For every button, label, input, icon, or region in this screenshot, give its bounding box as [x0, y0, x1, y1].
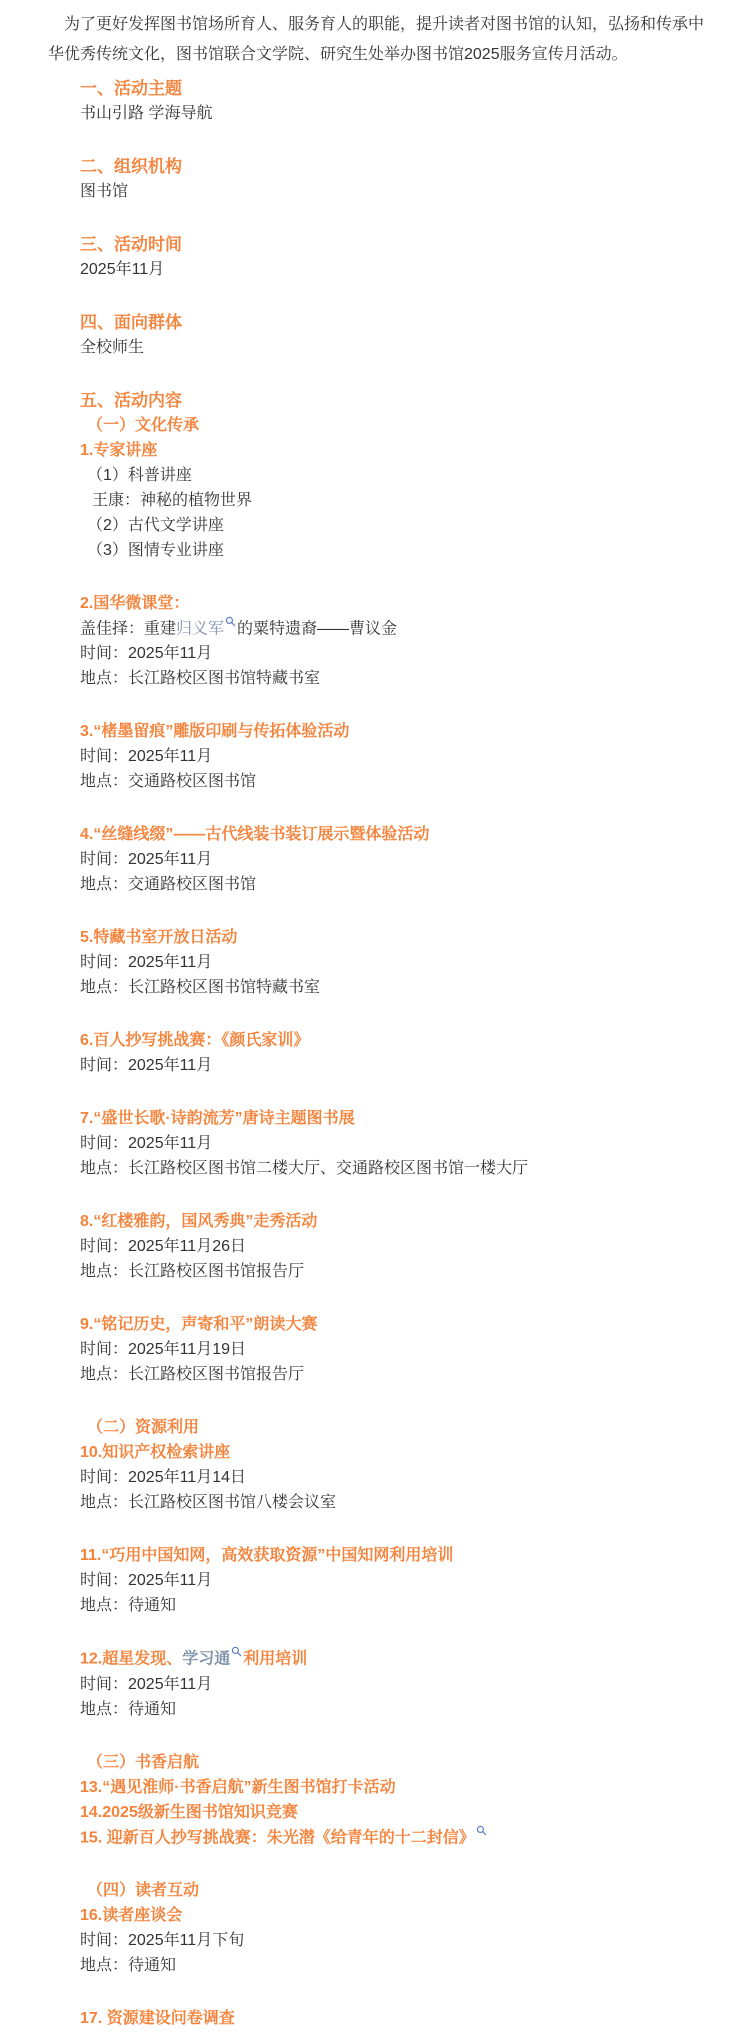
text-line: 时间：2025年11月 — [80, 950, 715, 975]
item-title: 2.国华微课堂： — [80, 591, 715, 616]
item-title: 7.“盛世长歌·诗韵流芳”唐诗主题图书展 — [80, 1106, 715, 1131]
subsection-heading: （一）文化传承 — [80, 413, 715, 438]
item-title: 11.“巧用中国知网，高效获取资源”中国知网利用培训 — [80, 1543, 715, 1568]
text-line: 2025年11月 — [80, 257, 715, 282]
item-title: 15. 迎新百人抄写挑战赛：朱光潜《给青年的十二封信》 — [80, 1825, 715, 1850]
item-title: 14.2025级新生图书馆知识竞赛 — [80, 1800, 715, 1825]
intro-paragraph: 为了更好发挥图书馆场所育人、服务育人的职能，提升读者对图书馆的认知，弘扬和传承中… — [48, 10, 707, 70]
text-line: 时间：2025年11月下旬 — [80, 1928, 715, 1953]
activity-group: （三）书香启航13.“遇见淮师·书香启航”新生图书馆打卡活动14.2025级新生… — [80, 1750, 715, 1850]
activity-group: 7.“盛世长歌·诗韵流芳”唐诗主题图书展时间：2025年11月地点：长江路校区图… — [80, 1106, 715, 1181]
subsection-heading: （四）读者互动 — [80, 1878, 715, 1903]
section-heading: 四、面向群体 — [80, 310, 715, 335]
text-line: 地点：长江路校区图书馆八楼会议室 — [80, 1490, 715, 1515]
text-line: 时间：2025年11月 — [80, 1568, 715, 1593]
text-line: 地点：长江路校区图书馆特藏书室 — [80, 666, 715, 691]
text-line: 盖佳择：重建归义军的粟特遗裔——曹议金 — [80, 616, 715, 641]
text-line: 书山引路 学海导航 — [80, 101, 715, 126]
activity-group: 三、活动时间2025年11月 — [80, 232, 715, 282]
text-run: 盖佳择：重建 — [80, 620, 176, 637]
text-line: 时间：2025年11月 — [80, 641, 715, 666]
activity-group: 11.“巧用中国知网，高效获取资源”中国知网利用培训时间：2025年11月地点：… — [80, 1543, 715, 1618]
item-title: 4.“丝缝线缀”——古代线装书装订展示暨体验活动 — [80, 822, 715, 847]
text-line: 地点：长江路校区图书馆二楼大厅、交通路校区图书馆一楼大厅 — [80, 1156, 715, 1181]
text-line: 时间：2025年11月26日 — [80, 1234, 715, 1259]
activity-group: 一、活动主题书山引路 学海导航 — [80, 76, 715, 126]
sub-item-line: （3）图情专业讲座 — [80, 538, 715, 563]
text-line: 时间：2025年11月19日 — [80, 1337, 715, 1362]
subsection-heading: （二）资源利用 — [80, 1415, 715, 1440]
subsection-heading: （三）书香启航 — [80, 1750, 715, 1775]
text-run: 利用培训 — [243, 1651, 307, 1668]
activity-group: 9.“铭记历史，声寄和平”朗读大赛时间：2025年11月19日地点：长江路校区图… — [80, 1312, 715, 1387]
entity-link[interactable]: 学习通 — [182, 1651, 230, 1668]
text-line: 时间：2025年11月 — [80, 744, 715, 769]
content: 一、活动主题书山引路 学海导航二、组织机构图书馆三、活动时间2025年11月四、… — [80, 76, 715, 2031]
speaker-line: 王康：神秘的植物世界 — [80, 488, 715, 513]
item-title: 17. 资源建设问卷调查 — [80, 2006, 715, 2031]
text-line: 地点：长江路校区图书馆报告厅 — [80, 1362, 715, 1387]
text-line: 地点：交通路校区图书馆 — [80, 769, 715, 794]
text-line: 全校师生 — [80, 335, 715, 360]
activity-group: 2.国华微课堂：盖佳择：重建归义军的粟特遗裔——曹议金时间：2025年11月地点… — [80, 591, 715, 691]
article-document: 为了更好发挥图书馆场所育人、服务育人的职能，提升读者对图书馆的认知，弘扬和传承中… — [0, 0, 735, 2037]
text-line: 时间：2025年11月 — [80, 1053, 715, 1078]
section-heading: 一、活动主题 — [80, 76, 715, 101]
entity-link[interactable]: 归义军 — [176, 620, 224, 637]
search-sup-icon[interactable] — [225, 616, 236, 627]
text-run: 12.超星发现、 — [80, 1651, 182, 1668]
item-title: 12.超星发现、学习通利用培训 — [80, 1646, 715, 1671]
search-sup-icon[interactable] — [476, 1825, 487, 1836]
activity-group: 5.特藏书室开放日活动时间：2025年11月地点：长江路校区图书馆特藏书室 — [80, 925, 715, 1000]
activity-group: （二）资源利用10.知识产权检索讲座时间：2025年11月14日地点：长江路校区… — [80, 1415, 715, 1515]
activity-group: 6.百人抄写挑战赛：《颜氏家训》时间：2025年11月 — [80, 1028, 715, 1078]
text-line: 地点：待通知 — [80, 1953, 715, 1978]
item-title: 8.“红楼雅韵，国风秀典”走秀活动 — [80, 1209, 715, 1234]
text-run: 的粟特遗裔——曹议金 — [237, 620, 397, 637]
sub-item-line: （2）古代文学讲座 — [80, 513, 715, 538]
text-run: 15. 迎新百人抄写挑战赛：朱光潜《给青年的十二封信》 — [80, 1829, 475, 1846]
section-heading: 五、活动内容 — [80, 388, 715, 413]
item-title: 3.“楮墨留痕”雕版印刷与传拓体验活动 — [80, 719, 715, 744]
text-line: 地点：交通路校区图书馆 — [80, 872, 715, 897]
item-title: 5.特藏书室开放日活动 — [80, 925, 715, 950]
text-line: 时间：2025年11月 — [80, 1131, 715, 1156]
section-heading: 二、组织机构 — [80, 154, 715, 179]
item-title: 16.读者座谈会 — [80, 1903, 715, 1928]
text-line: 时间：2025年11月14日 — [80, 1465, 715, 1490]
text-line: 时间：2025年11月 — [80, 1672, 715, 1697]
item-title: 6.百人抄写挑战赛：《颜氏家训》 — [80, 1028, 715, 1053]
activity-group: 二、组织机构图书馆 — [80, 154, 715, 204]
activity-group: 3.“楮墨留痕”雕版印刷与传拓体验活动时间：2025年11月地点：交通路校区图书… — [80, 719, 715, 794]
activity-group: 五、活动内容（一）文化传承1.专家讲座（1）科普讲座王康：神秘的植物世界（2）古… — [80, 388, 715, 563]
activity-group: 17. 资源建设问卷调查 — [80, 2006, 715, 2031]
activity-group: 8.“红楼雅韵，国风秀典”走秀活动时间：2025年11月26日地点：长江路校区图… — [80, 1209, 715, 1284]
item-title: 10.知识产权检索讲座 — [80, 1440, 715, 1465]
text-line: 地点：长江路校区图书馆特藏书室 — [80, 975, 715, 1000]
section-heading: 三、活动时间 — [80, 232, 715, 257]
activity-group: 四、面向群体全校师生 — [80, 310, 715, 360]
sub-item-line: （1）科普讲座 — [80, 463, 715, 488]
activity-group: 12.超星发现、学习通利用培训时间：2025年11月地点：待通知 — [80, 1646, 715, 1721]
item-title: 9.“铭记历史，声寄和平”朗读大赛 — [80, 1312, 715, 1337]
text-line: 地点：待通知 — [80, 1697, 715, 1722]
text-line: 地点：待通知 — [80, 1593, 715, 1618]
search-sup-icon[interactable] — [231, 1646, 242, 1657]
activity-group: 4.“丝缝线缀”——古代线装书装订展示暨体验活动时间：2025年11月地点：交通… — [80, 822, 715, 897]
item-title: 1.专家讲座 — [80, 438, 715, 463]
text-line: 时间：2025年11月 — [80, 847, 715, 872]
activity-group: （四）读者互动16.读者座谈会时间：2025年11月下旬地点：待通知 — [80, 1878, 715, 1978]
text-line: 地点：长江路校区图书馆报告厅 — [80, 1259, 715, 1284]
text-line: 图书馆 — [80, 179, 715, 204]
item-title: 13.“遇见淮师·书香启航”新生图书馆打卡活动 — [80, 1775, 715, 1800]
